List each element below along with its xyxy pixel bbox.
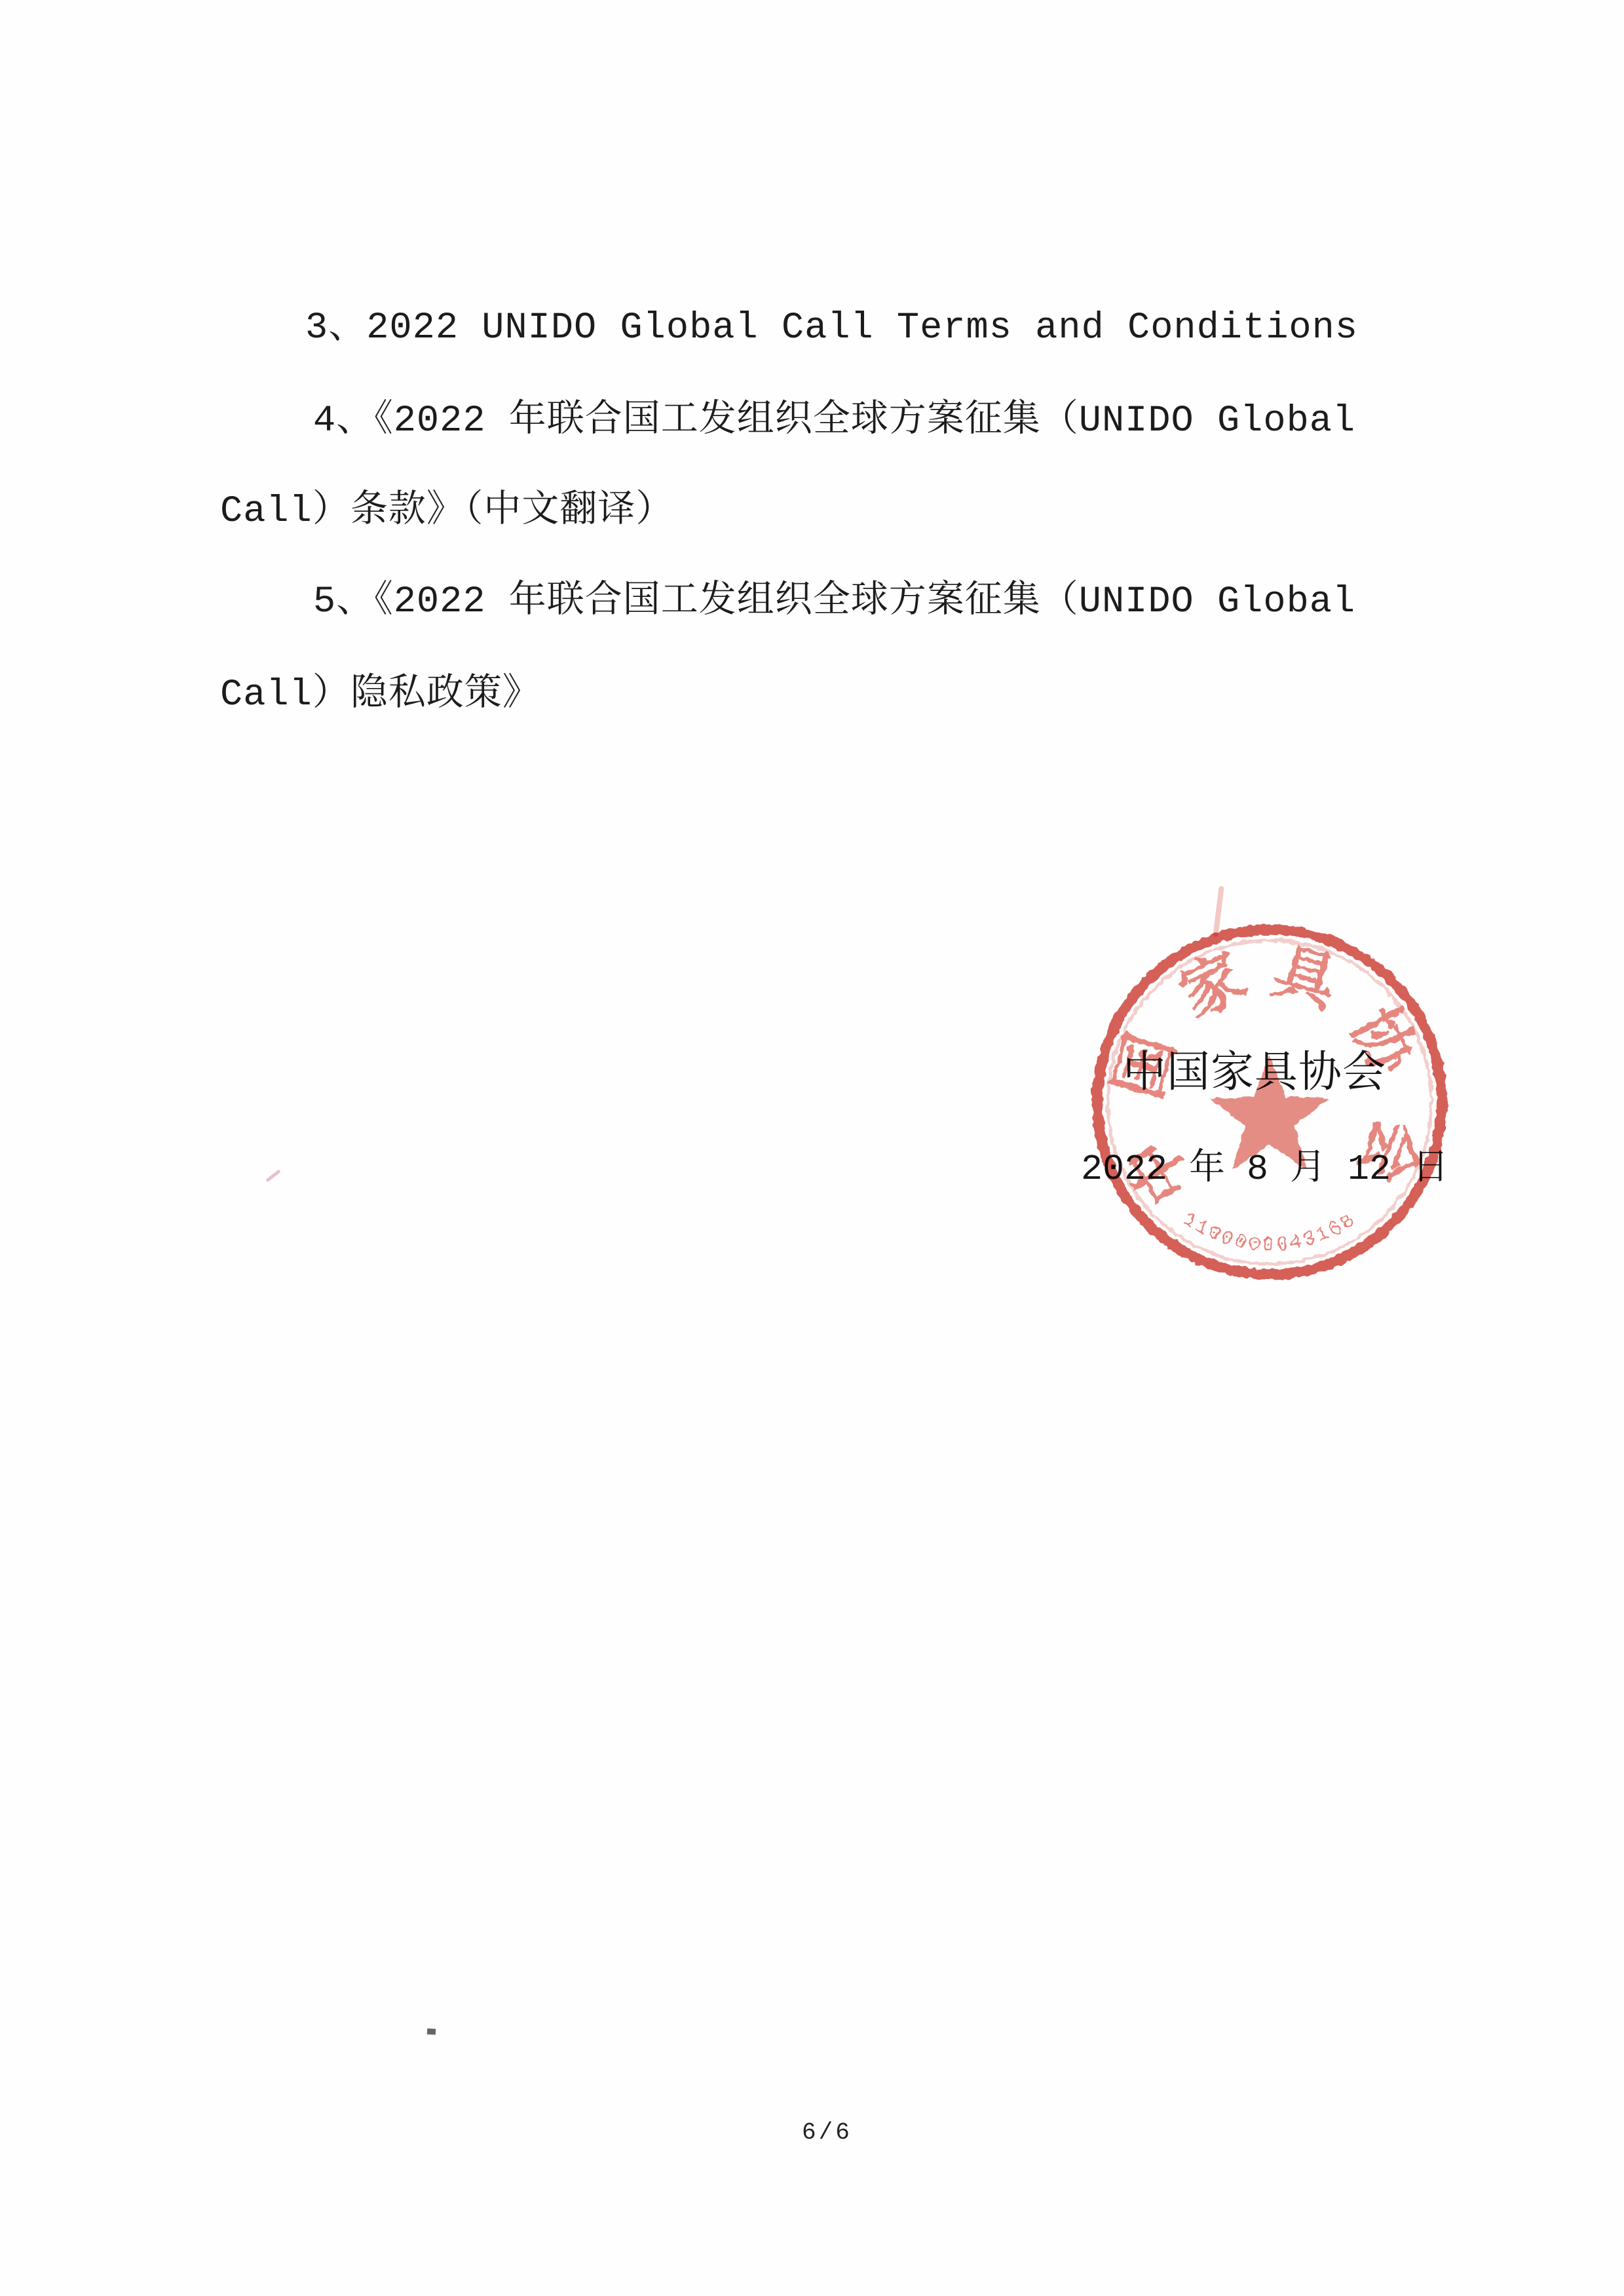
stamp-arc-character-2: 国 — [1103, 1027, 1187, 1107]
scan-artifact-pink-slash — [265, 1170, 281, 1183]
page-number: 6/6 — [802, 2119, 852, 2146]
attachment-item-5: 5、《2022 年联合国工发组织全球方案征集（UNIDO Global — [313, 569, 1355, 623]
attachment-item-3: 3、2022 UNIDO Global Call Terms and Condi… — [305, 295, 1358, 349]
attachment-item-5-continuation: Call）隐私政策》 — [220, 662, 540, 716]
attachment-item-4: 4、《2022 年联合国工发组织全球方案征集（UNIDO Global — [313, 388, 1355, 442]
document-page: 3、2022 UNIDO Global Call Terms and Condi… — [0, 0, 1624, 2296]
attachment-item-4-continuation: Call）条款》（中文翻译） — [220, 478, 673, 533]
official-seal-stamp: 中 国 家 具 协 会 1100000043168 — [1086, 919, 1453, 1286]
scan-artifact-speck — [427, 2029, 436, 2035]
stamp-star-icon — [1209, 1054, 1330, 1170]
